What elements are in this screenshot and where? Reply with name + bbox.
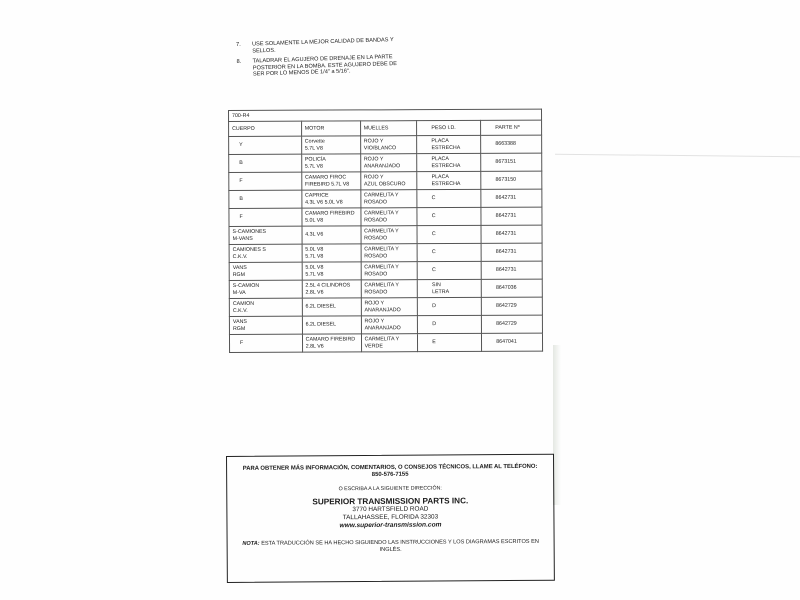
cell-line: C [432,231,478,238]
cell-motor: 6.2L DIESEL [302,298,361,316]
table-row: BPOLICÍA5.7L V8ROJO YANARANJADOPLACAESTR… [229,153,542,172]
cell-motor: 5.0L V85.7L V8 [302,262,361,280]
cell-parte: 8642729 [482,315,543,333]
cell-line: E [432,339,478,346]
instruction-list: 7. USE SOLAMENTE LA MEJOR CALIDAD DE BAN… [236,37,407,83]
cell-line: 2.5L 4 CILINDROS [305,283,357,290]
cell-peso: C [417,243,481,261]
cell-parte: 8642729 [481,297,542,315]
cell-motor: Corvette5.7L V8 [301,136,360,154]
cell-line: RGM [233,325,299,332]
instruction-number: 7. [236,41,252,55]
cell-line: C.K.V. [233,307,299,314]
cell-peso: C [417,225,481,243]
table-row: FCAMARO FIREBIRD2.8L V6CARMELITA YVERDEE… [229,333,542,352]
header-muelles: MUELLES [360,121,417,136]
cell-line: RGM [233,271,299,278]
cell-parte: 8647036 [481,279,542,297]
cell-line: B [239,160,298,167]
cell-line: ESTRECHA [431,162,477,169]
cell-line: FIREBIRD 5.7L V8 [305,181,357,188]
cell-line: C.K.V. [233,253,299,260]
cell-line: 8647036 [496,285,539,292]
cell-peso: PLACAESTRECHA [417,153,481,171]
cell-line: F [239,214,298,221]
cell-cuerpo: VANSRGM [229,262,302,280]
cell-line: VERDE [365,343,415,350]
cell-peso: PLACAESTRECHA [417,135,481,153]
cell-line: 2.8L V6 [305,289,357,296]
header-motor: MOTOR [301,121,360,136]
cell-peso: D [418,315,482,333]
contact-lead: PARA OBTENER MÁS INFORMACIÓN, COMENTARIO… [227,464,553,481]
cell-line: CAMARO FIREBIRD [305,211,357,218]
cell-muelles: ROJO YANARANJADO [361,316,418,334]
cell-line: F [239,178,298,185]
cell-motor: CAPRICE4.3L V6 5.0L V8 [302,190,361,208]
cell-line: ROSADO [364,253,414,260]
cell-parte: 8642731 [481,225,542,243]
cell-line: 5.7L V8 [305,271,357,278]
cell-motor: 6.2L DIESEL [302,316,361,334]
translation-note: NOTA: ESTA TRADUCCIÓN SE HA HECHO SIGUIE… [228,539,554,555]
cell-line: ROSADO [364,289,414,296]
instruction-item: 7. USE SOLAMENTE LA MEJOR CALIDAD DE BAN… [236,37,406,56]
cell-line: 8642731 [496,213,539,220]
cell-peso: E [418,333,482,351]
cell-muelles: CARMELITA YVERDE [361,334,418,352]
cell-line: AZUL OBSCURO [364,181,414,188]
header-peso: PESO I.D. [417,120,481,135]
cell-line: C [432,249,478,256]
table-row: CAMIONES SC.K.V.5.0L V85.7L V8CARMELITA … [229,243,542,262]
cell-muelles: ROJO YVIO/BLANCO [360,136,417,154]
table-header-row: CUERPO MOTOR MUELLES PESO I.D. PARTE Nº [229,120,542,136]
cell-line: 8642731 [496,267,539,274]
cell-line: ROSADO [364,235,414,242]
cell-motor: CAMARO FIROCFIREBIRD 5.7L V8 [301,172,360,190]
cell-cuerpo: B [229,154,302,172]
cell-line: Y [239,142,298,149]
table-row: FCAMARO FIROCFIREBIRD 5.7L V8ROJO YAZUL … [229,171,542,190]
table-row: S-CAMIONM-VA2.5L 4 CILINDROS2.8L V6CARME… [229,279,542,298]
table-row: VANSRGM6.2L DIESELROJO YANARANJADOD86427… [229,315,542,334]
cell-line: 5.0L V8 [305,217,357,224]
table-row: FCAMARO FIREBIRD5.0L V8CARMELITA YROSADO… [229,207,542,226]
header-parte: PARTE Nº [481,120,542,135]
cell-line: VIO/BLANCO [364,145,414,152]
cell-peso: C [417,189,481,207]
cell-parte: 8663388 [481,135,542,153]
cell-cuerpo: F [229,334,302,352]
cell-cuerpo: CAMIONC.K.V. [229,298,302,316]
instruction-text: TALADRAR EL AGUJERO DE DRENAJE EN LA PAR… [253,54,408,79]
cell-motor: POLICÍA5.7L V8 [301,154,360,172]
website-link[interactable]: www.superior-transmission.com [227,521,553,530]
cell-muelles: ROJO YAZUL OBSCURO [360,172,417,190]
cell-cuerpo: B [229,190,302,208]
cell-cuerpo: Y [229,136,302,154]
write-prompt: O ESCRIBA A LA SIGUIENTE DIRECCIÓN: [227,485,553,493]
cell-peso: PLACAESTRECHA [417,171,481,189]
cell-line: 4.3L V6 [305,232,357,239]
cell-motor: CAMARO FIREBIRD5.0L V8 [302,208,361,226]
cell-line: M-VANS [233,235,299,242]
cell-line: ESTRECHA [432,180,478,187]
instruction-text: USE SOLAMENTE LA MEJOR CALIDAD DE BANDAS… [252,37,406,55]
cell-line: ANARANJADO [365,325,415,332]
cell-line: ROSADO [364,217,414,224]
cell-motor: CAMARO FIREBIRD2.8L V6 [302,334,361,352]
cell-cuerpo: S-CAMIONM-VA [229,280,302,298]
table-row: YCorvette5.7L V8ROJO YVIO/BLANCOPLACAEST… [229,135,542,154]
cell-line: C [432,195,478,202]
cell-parte: 8642731 [481,261,542,279]
spring-spec-table: 700-R4 CUERPO MOTOR MUELLES PESO I.D. PA… [228,109,543,353]
cell-parte: 8673151 [481,153,542,171]
cell-muelles: CARMELITA YROSADO [361,226,418,244]
cell-cuerpo: F [229,208,302,226]
cell-cuerpo: VANSRGM [229,316,302,334]
cell-peso: C [417,261,481,279]
cell-peso: SINLETRA [418,279,482,297]
cell-line: CAMARO FIREBIRD [306,337,358,344]
table-row: S-CAMIONESM-VANS4.3L V6CARMELITA YROSADO… [229,225,542,244]
cell-motor: 4.3L V6 [302,226,361,244]
cell-muelles: ROJO YANARANJADO [361,298,418,316]
cell-muelles: CARMELITA YROSADO [361,262,418,280]
cell-line: 5.7L V8 [305,163,357,170]
cell-line: ANARANJADO [364,307,414,314]
cell-line: 8673150 [495,177,538,184]
cell-line: M-VA [233,289,299,296]
cell-parte: 8642731 [481,243,542,261]
cell-line: 4.3L V6 5.0L V8 [305,199,357,206]
cell-motor: 2.5L 4 CILINDROS2.8L V6 [302,280,361,298]
cell-line: 8642729 [496,321,539,328]
cell-motor: 5.0L V85.7L V8 [302,244,361,262]
cell-line: 2.8L V6 [306,343,358,350]
cell-line: D [432,303,478,310]
cell-line: 8642731 [496,249,539,256]
cell-line: ESTRECHA [431,144,477,151]
table-row: VANSRGM5.0L V85.7L V8CARMELITA YROSADOC8… [229,261,542,280]
cell-line: ROSADO [364,199,414,206]
cell-line: 8647041 [496,339,539,346]
cell-cuerpo: S-CAMIONESM-VANS [229,226,302,244]
cell-line: D [432,321,478,328]
cell-line: ANARANJADO [364,163,414,170]
cell-parte: 8647041 [482,333,543,351]
contact-box: PARA OBTENER MÁS INFORMACIÓN, COMENTARIO… [226,454,555,583]
cell-line: C [432,213,478,220]
cell-line: 8642731 [496,231,539,238]
cell-line: LETRA [432,288,478,295]
cell-line: 6.2L DIESEL [306,304,358,311]
note-label: NOTA: [242,541,259,547]
cell-peso: D [418,297,482,315]
cell-line: ROSADO [364,271,414,278]
cell-muelles: CARMELITA YROSADO [361,244,418,262]
cell-line: B [239,196,298,203]
cell-line: 5.7L V8 [305,145,357,152]
cell-muelles: CARMELITA YROSADO [361,208,418,226]
cell-line: 8642731 [496,195,539,202]
cell-parte: 8642731 [481,207,542,225]
cell-parte: 8673150 [481,171,542,189]
cell-line: C [432,267,478,274]
cell-peso: C [417,207,481,225]
table-row: CAMIONC.K.V.6.2L DIESELROJO YANARANJADOD… [229,297,542,316]
cell-cuerpo: CAMIONES SC.K.V. [229,244,302,262]
cell-line: 6.2L DIESEL [306,322,358,329]
cell-line: 8673151 [495,159,538,166]
instruction-number: 8. [237,59,254,79]
note-text: ESTA TRADUCCIÓN SE HA HECHO SIGUIENDO LA… [261,539,539,553]
cell-cuerpo: F [229,172,302,190]
cell-line: 5.7L V8 [305,253,357,260]
cell-line: 8663388 [495,141,538,148]
header-cuerpo: CUERPO [229,121,302,136]
paper-fold-line [555,154,800,158]
table-row: BCAPRICE4.3L V6 5.0L V8CARMELITA YROSADO… [229,189,542,208]
instruction-item: 8. TALADRAR EL AGUJERO DE DRENAJE EN LA … [237,54,408,79]
cell-parte: 8642731 [481,189,542,207]
cell-muelles: ROJO YANARANJADO [360,154,417,172]
scanned-page: 7. USE SOLAMENTE LA MEJOR CALIDAD DE BAN… [0,0,800,600]
cell-muelles: CARMELITA YROSADO [360,190,417,208]
cell-muelles: CARMELITA YROSADO [361,280,418,298]
cell-line: F [240,340,299,347]
cell-line: 8642729 [496,303,539,310]
